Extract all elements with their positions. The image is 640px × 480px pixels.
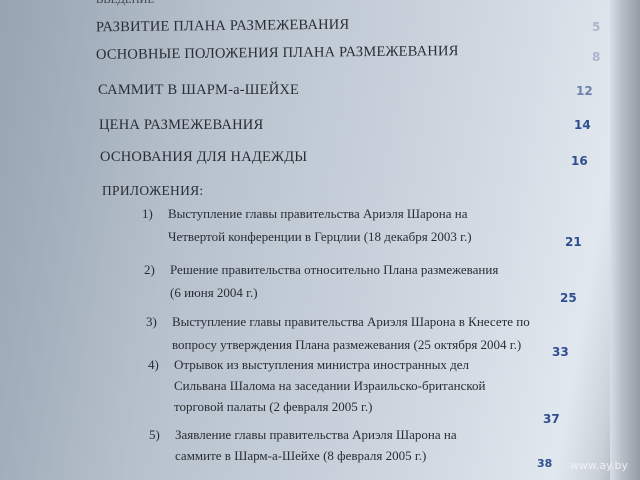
toc-page-number: 16 xyxy=(571,154,588,168)
toc-section-3: САММИТ В ШАРМ-а-ШЕЙХЕ xyxy=(98,82,299,99)
appendix-item-3: 3) Выступление главы правительства Ариэл… xyxy=(172,313,530,353)
appendix-number: 5) xyxy=(149,426,160,443)
appendix-number: 4) xyxy=(148,356,159,373)
appendix-number: 3) xyxy=(146,313,157,330)
appendix-item-2: 2) Решение правительства относительно Пл… xyxy=(170,261,498,301)
toc-page-number: 25 xyxy=(560,291,577,305)
appendix-line: Решение правительства относительно Плана… xyxy=(170,261,498,278)
toc-page-number: 12 xyxy=(576,84,593,98)
appendix-line: Сильвана Шалома на заседании Израильско-… xyxy=(174,377,486,394)
toc-page-number: 38 xyxy=(537,457,552,470)
appendices-heading: ПРИЛОЖЕНИЯ: xyxy=(102,183,203,199)
toc-page-number: 14 xyxy=(574,118,591,132)
appendix-number: 2) xyxy=(144,261,155,278)
watermark: www.ay.by xyxy=(570,459,628,472)
appendix-line: торговой палаты (2 февраля 2005 г.) xyxy=(174,398,486,415)
toc-section-1: РАЗВИТИЕ ПЛАНА РАЗМЕЖЕВАНИЯ xyxy=(96,17,349,37)
appendix-line: вопросу утверждения Плана размежевания (… xyxy=(172,336,530,353)
page-edge xyxy=(610,0,640,480)
appendix-line: Выступление главы правительства Ариэля Ш… xyxy=(172,313,530,330)
appendix-item-4: 4) Отрывок из выступления министра иност… xyxy=(174,356,486,415)
appendix-item-5: 5) Заявление главы правительства Ариэля … xyxy=(175,426,457,464)
appendix-number: 1) xyxy=(142,205,153,222)
toc-page-number: 5 xyxy=(592,20,600,34)
toc-page-number: 33 xyxy=(552,345,569,359)
appendix-line: саммите в Шарм-а-Шейхе (8 февраля 2005 г… xyxy=(175,447,457,464)
toc-page-number: 8 xyxy=(592,50,600,64)
appendix-line: Заявление главы правительства Ариэля Шар… xyxy=(175,426,457,443)
toc-heading-introduction: ВВЕДЕНИЕ xyxy=(96,0,154,6)
toc-page-number: 37 xyxy=(543,412,560,426)
appendix-line: (6 июня 2004 г.) xyxy=(170,284,498,301)
toc-page-number: 21 xyxy=(565,235,582,249)
appendix-line: Четвертой конференции в Герцлии (18 дека… xyxy=(168,228,472,245)
toc-section-4: ЦЕНА РАЗМЕЖЕВАНИЯ xyxy=(99,117,263,134)
appendix-item-1: 1) Выступление главы правительства Ариэл… xyxy=(168,205,472,245)
appendix-line: Выступление главы правительства Ариэля Ш… xyxy=(168,205,472,222)
appendix-line: Отрывок из выступления министра иностран… xyxy=(174,356,486,373)
toc-section-5: ОСНОВАНИЯ ДЛЯ НАДЕЖДЫ xyxy=(100,149,307,166)
